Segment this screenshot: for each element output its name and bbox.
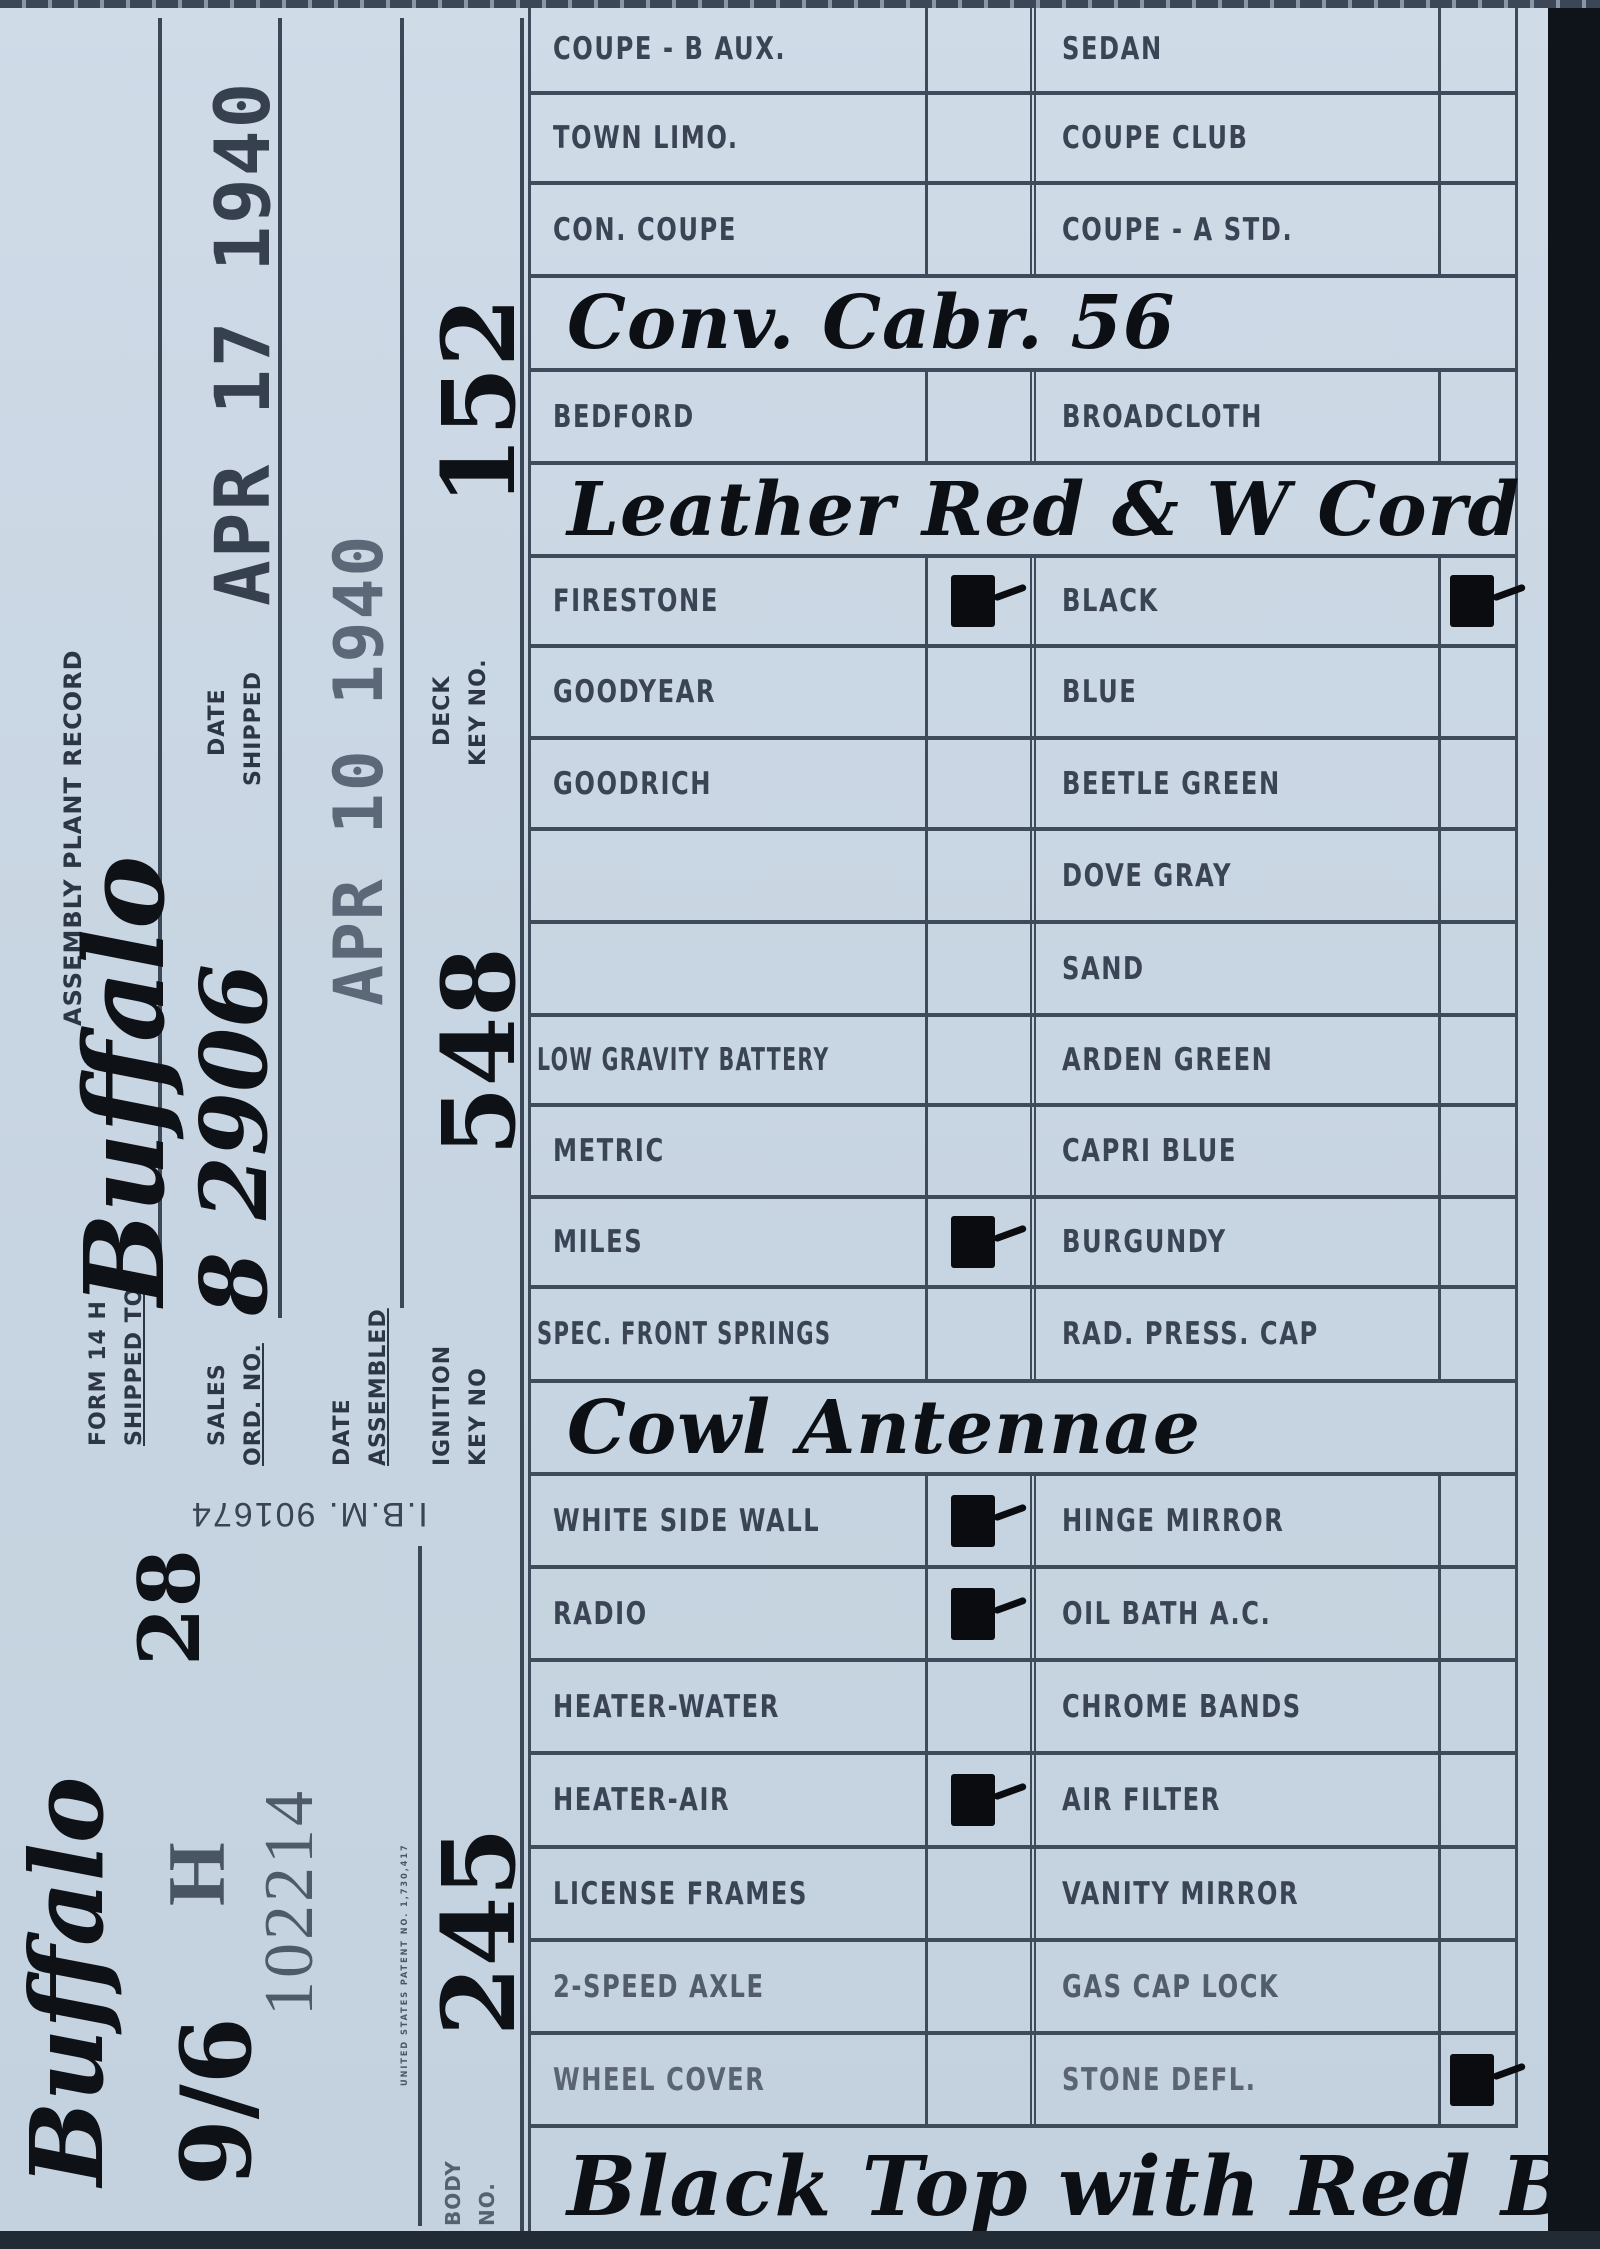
option-checkbox[interactable] [1438, 1849, 1518, 1938]
body-style-note[interactable]: Conv. Cabr. 56 [567, 280, 1175, 366]
option-label: METRIC [553, 1133, 665, 1169]
grid-row: SPEC. FRONT SPRINGS RAD. PRESS. CAP [528, 1289, 1518, 1383]
divider-date-assembled [400, 18, 404, 1308]
option-label: 2-SPEED AXLE [553, 1969, 765, 2005]
option-label: BLUE [1062, 674, 1137, 710]
option-checkbox[interactable] [925, 95, 1030, 181]
option-label: BLACK [1062, 583, 1159, 619]
serial-prefix: H [150, 1839, 244, 1906]
date-assembled-label-2: ASSEMBLED [366, 1308, 392, 1466]
card-edge-right [1548, 0, 1600, 2249]
sales-order-label-2: ORD. NO. [241, 1343, 267, 1466]
check-mark-icon [1450, 2054, 1494, 2106]
grid-row: COUPE - B AUX. SEDAN [528, 6, 1518, 95]
patent-notice: UNITED STATES PATENT NO. 1,730,417 [400, 1843, 410, 2086]
grid-row: GOODYEAR BLUE [528, 648, 1518, 740]
option-label: CHROME BANDS [1062, 1689, 1302, 1725]
option-checkbox[interactable] [925, 2035, 1030, 2124]
option-checkbox[interactable] [1438, 1289, 1518, 1379]
option-checkbox-checked[interactable] [925, 1755, 1030, 1845]
grid-row: RADIO OIL BATH A.C. [528, 1569, 1518, 1662]
grid-row: HEATER-AIR AIR FILTER [528, 1755, 1518, 1849]
grid-row-handwritten: Black Top with Red Binding [528, 2128, 1518, 2234]
option-checkbox[interactable] [1438, 185, 1518, 274]
option-checkbox-checked[interactable] [925, 1199, 1030, 1285]
option-checkbox[interactable] [1438, 95, 1518, 181]
grid-row: TOWN LIMO. COUPE CLUB [528, 95, 1518, 185]
option-checkbox[interactable] [925, 924, 1030, 1013]
shipped-to-value[interactable]: Buffalo [60, 856, 189, 1306]
option-label: COUPE - B AUX. [553, 31, 786, 67]
date-shipped-value[interactable]: APR 17 1940 [198, 81, 287, 606]
option-label: COUPE CLUB [1062, 120, 1249, 156]
card-edge-bottom [0, 2231, 1600, 2249]
grid-row: BEDFORD BROADCLOTH [528, 372, 1518, 465]
body-no-label-1: BODY [440, 2160, 466, 2226]
deck-key-value[interactable]: 152 [420, 297, 538, 506]
grid-row: CON. COUPE COUPE - A STD. [528, 185, 1518, 278]
grid-row: 2-SPEED AXLE GAS CAP LOCK [528, 1942, 1518, 2035]
grid-row: METRIC CAPRI BLUE [528, 1107, 1518, 1199]
top-color-note[interactable]: Black Top with Red Binding [567, 2139, 1548, 2234]
ignition-key-label-2: KEY NO [466, 1367, 492, 1466]
option-checkbox[interactable] [925, 1107, 1030, 1195]
grid-row: GOODRICH BEETLE GREEN [528, 740, 1518, 831]
option-label: COUPE - A STD. [1062, 212, 1293, 248]
grid-row: WHEEL COVER STONE DEFL. [528, 2035, 1518, 2128]
option-label: CAPRI BLUE [1062, 1133, 1237, 1169]
option-checkbox-checked[interactable] [925, 1569, 1030, 1658]
option-checkbox[interactable] [925, 648, 1030, 736]
option-checkbox[interactable] [1438, 648, 1518, 736]
option-checkbox[interactable] [1438, 831, 1518, 920]
option-checkbox-checked[interactable] [925, 1476, 1030, 1565]
option-label: GOODYEAR [553, 674, 716, 710]
ibm-number: I.B.M. 901674 [190, 1494, 428, 1533]
check-mark-icon [1450, 575, 1494, 627]
option-checkbox[interactable] [925, 831, 1030, 920]
option-label: SPEC. FRONT SPRINGS [537, 1316, 831, 1352]
option-label: RAD. PRESS. CAP [1062, 1316, 1319, 1352]
sales-order-value[interactable]: 8 2906 [180, 964, 288, 1316]
shipped-to-label: SHIPPED TO [122, 1287, 148, 1446]
option-checkbox[interactable] [925, 1289, 1030, 1379]
option-label: OIL BATH A.C. [1062, 1596, 1271, 1632]
option-checkbox-checked[interactable] [1438, 558, 1518, 644]
option-label: AIR FILTER [1062, 1782, 1221, 1818]
option-checkbox[interactable] [1438, 1199, 1518, 1285]
deck-key-label-1: DECK [430, 676, 456, 746]
check-mark-icon [951, 1588, 995, 1640]
grid-row: LICENSE FRAMES VANITY MIRROR [528, 1849, 1518, 1942]
dealer-note-date: 9/6 [160, 2017, 273, 2186]
option-checkbox-checked[interactable] [925, 558, 1030, 644]
option-label: SAND [1062, 951, 1145, 987]
grid-row: SAND [528, 924, 1518, 1017]
check-mark-icon [951, 575, 995, 627]
option-label: DOVE GRAY [1062, 858, 1232, 894]
serial-number: 102214 [250, 1788, 330, 2016]
option-checkbox[interactable] [925, 185, 1030, 274]
form-number: FORM 14 H [86, 1300, 112, 1446]
ignition-key-label-1: IGNITION [430, 1345, 456, 1466]
option-label: SEDAN [1062, 31, 1163, 67]
date-assembled-value[interactable]: APR 10 1940 [320, 534, 399, 1006]
option-checkbox[interactable] [1438, 1662, 1518, 1751]
option-label: TOWN LIMO. [553, 120, 739, 156]
option-label: WHITE SIDE WALL [553, 1503, 820, 1539]
option-checkbox[interactable] [925, 372, 1030, 461]
option-label: BURGUNDY [1062, 1224, 1227, 1260]
accessory-note[interactable]: Cowl Antennae [567, 1385, 1201, 1471]
check-mark-icon [951, 1495, 995, 1547]
option-label: FIRESTONE [553, 583, 719, 619]
option-checkbox[interactable] [1438, 6, 1518, 91]
grid-row: WHITE SIDE WALL HINGE MIRROR [528, 1476, 1518, 1569]
option-checkbox[interactable] [1438, 1107, 1518, 1195]
option-checkbox[interactable] [925, 1662, 1030, 1751]
option-checkbox[interactable] [1438, 372, 1518, 461]
option-label: VANITY MIRROR [1062, 1876, 1299, 1912]
dealer-note-city: Buffalo [8, 1777, 126, 2186]
check-mark-icon [951, 1216, 995, 1268]
date-assembled-label-1: DATE [330, 1398, 356, 1466]
option-checkbox[interactable] [925, 1942, 1030, 2031]
grid-row-handwritten: Cowl Antennae [528, 1383, 1518, 1476]
body-no-value[interactable]: 245 [420, 1827, 538, 2036]
option-label: CON. COUPE [553, 212, 737, 248]
grid-row: MILES BURGUNDY [528, 1199, 1518, 1289]
option-label: HEATER-AIR [553, 1782, 730, 1818]
option-label: BROADCLOTH [1062, 399, 1263, 435]
deck-key-label-2: KEY NO. [466, 658, 492, 766]
option-label: GAS CAP LOCK [1062, 1969, 1279, 2005]
option-checkbox[interactable] [925, 740, 1030, 827]
option-label: ARDEN GREEN [1062, 1042, 1273, 1078]
option-label: WHEEL COVER [553, 2062, 765, 2098]
option-checkbox[interactable] [1438, 1476, 1518, 1565]
check-mark-icon [951, 1774, 995, 1826]
option-label: BEETLE GREEN [1062, 766, 1281, 802]
date-shipped-label-1: DATE [205, 688, 231, 756]
option-checkbox[interactable] [1438, 1569, 1518, 1658]
date-shipped-label-2: SHIPPED [241, 671, 267, 786]
option-label: LOW GRAVITY BATTERY [537, 1042, 829, 1078]
option-label: HINGE MIRROR [1062, 1503, 1284, 1539]
option-checkbox-checked[interactable] [1438, 2035, 1518, 2124]
option-label: BEDFORD [553, 399, 695, 435]
option-checkbox[interactable] [925, 1017, 1030, 1103]
option-label: LICENSE FRAMES [553, 1876, 808, 1912]
grid-row: HEATER-WATER CHROME BANDS [528, 1662, 1518, 1755]
grid-row: DOVE GRAY [528, 831, 1518, 924]
option-checkbox[interactable] [1438, 1755, 1518, 1845]
option-checkbox[interactable] [925, 1849, 1030, 1938]
option-checkbox[interactable] [925, 6, 1030, 91]
option-checkbox[interactable] [1438, 1942, 1518, 2031]
grid-row-handwritten: Leather Red & W Cord [528, 465, 1518, 558]
options-grid: COUPE - B AUX. SEDAN TOWN LIMO. COUPE CL… [528, 6, 1518, 2234]
option-checkbox[interactable] [1438, 1017, 1518, 1103]
sales-order-label-1: SALES [205, 1363, 231, 1446]
grid-row: FIRESTONE BLACK [528, 558, 1518, 648]
option-label: STONE DEFL. [1062, 2062, 1257, 2098]
option-label: RADIO [553, 1596, 648, 1632]
dealer-note-number: 28 [120, 1549, 219, 1666]
option-label: HEATER-WATER [553, 1689, 780, 1725]
upholstery-note[interactable]: Leather Red & W Cord [567, 467, 1520, 553]
option-label: GOODRICH [553, 766, 712, 802]
grid-row-handwritten: Conv. Cabr. 56 [528, 278, 1518, 372]
option-checkbox[interactable] [1438, 924, 1518, 1013]
body-no-label-2: NO. [474, 2182, 500, 2226]
assembly-plant-record-card: ASSEMBLY PLANT RECORD FORM 14 H SHIPPED … [0, 6, 1548, 2234]
card-edge-top [0, 0, 1600, 8]
option-label: MILES [553, 1224, 643, 1260]
option-checkbox[interactable] [1438, 740, 1518, 827]
grid-row: LOW GRAVITY BATTERY ARDEN GREEN [528, 1017, 1518, 1107]
ignition-key-value[interactable]: 548 [420, 947, 538, 1156]
